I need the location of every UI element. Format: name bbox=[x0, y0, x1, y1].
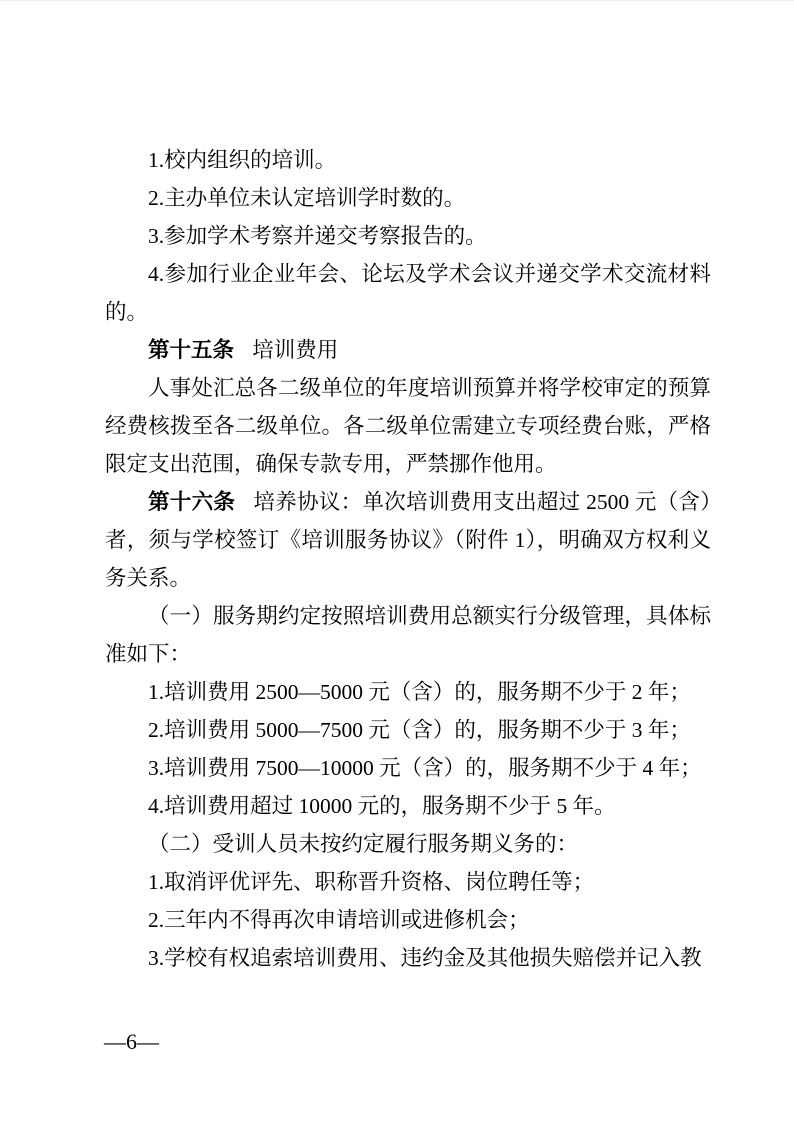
list-item: 4.参加行业企业年会、论坛及学术会议并递交学术交流材料的。 bbox=[105, 255, 711, 331]
list-item-text: 2.主办单位未认定培训学时数的。 bbox=[148, 186, 465, 210]
list-item-text: 4.参加行业企业年会、论坛及学术会议并递交学术交流材料的。 bbox=[105, 262, 711, 324]
list-item: 1.培训费用 2500—5000 元（含）的，服务期不少于 2 年； bbox=[105, 673, 711, 711]
article-number: 第十五条 bbox=[148, 338, 234, 362]
clause-item: （一）服务期约定按照培训费用总额实行分级管理，具体标准如下： bbox=[105, 597, 711, 673]
document-body: 1.校内组织的培训。 2.主办单位未认定培训学时数的。 3.参加学术考察并递交考… bbox=[105, 141, 711, 977]
article-heading: 第十五条培训费用 bbox=[105, 331, 711, 369]
list-item-text: 1.培训费用 2500—5000 元（含）的，服务期不少于 2 年； bbox=[148, 680, 691, 704]
paragraph: 人事处汇总各二级单位的年度培训预算并将学校审定的预算经费核拨至各二级单位。各二级… bbox=[105, 369, 711, 483]
list-item: 3.学校有权追索培训费用、违约金及其他损失赔偿并记入教 bbox=[105, 939, 711, 977]
list-item-text: 3.培训费用 7500—10000 元（含）的，服务期不少于 4 年； bbox=[148, 756, 702, 780]
list-item: 3.参加学术考察并递交考察报告的。 bbox=[105, 217, 711, 255]
list-item: 1.取消评优评先、职称晋升资格、岗位聘任等； bbox=[105, 863, 711, 901]
list-item: 1.校内组织的培训。 bbox=[105, 141, 711, 179]
list-item-text: 1.校内组织的培训。 bbox=[148, 148, 336, 172]
list-item: 4.培训费用超过 10000 元的，服务期不少于 5 年。 bbox=[105, 787, 711, 825]
list-item: 2.三年内不得再次申请培训或进修机会； bbox=[105, 901, 711, 939]
list-item: 2.培训费用 5000—7500 元（含）的，服务期不少于 3 年； bbox=[105, 711, 711, 749]
clause-item: （二）受训人员未按约定履行服务期义务的： bbox=[105, 825, 711, 863]
list-item-text: 2.三年内不得再次申请培训或进修机会； bbox=[148, 908, 530, 932]
document-page: 1.校内组织的培训。 2.主办单位未认定培训学时数的。 3.参加学术考察并递交考… bbox=[0, 0, 794, 1122]
clause-text: （二）受训人员未按约定履行服务期义务的： bbox=[148, 832, 578, 856]
page-number: —6— bbox=[104, 1027, 159, 1057]
list-item: 3.培训费用 7500—10000 元（含）的，服务期不少于 4 年； bbox=[105, 749, 711, 787]
paragraph-text: 人事处汇总各二级单位的年度培训预算并将学校审定的预算经费核拨至各二级单位。各二级… bbox=[105, 376, 711, 476]
list-item-text: 3.参加学术考察并递交考察报告的。 bbox=[148, 224, 487, 248]
list-item-text: 2.培训费用 5000—7500 元（含）的，服务期不少于 3 年； bbox=[148, 718, 691, 742]
clause-text: （一）服务期约定按照培训费用总额实行分级管理，具体标准如下： bbox=[105, 604, 711, 666]
list-item-text: 3.学校有权追索培训费用、违约金及其他损失赔偿并记入教 bbox=[148, 946, 702, 970]
article-heading: 第十六条培养协议：单次培训费用支出超过 2500 元（含）者，须与学校签订《培训… bbox=[105, 483, 711, 597]
list-item: 2.主办单位未认定培训学时数的。 bbox=[105, 179, 711, 217]
list-item-text: 1.取消评优评先、职称晋升资格、岗位聘任等； bbox=[148, 870, 594, 894]
article-title: 培训费用 bbox=[252, 338, 338, 362]
list-item-text: 4.培训费用超过 10000 元的，服务期不少于 5 年。 bbox=[148, 794, 616, 818]
article-number: 第十六条 bbox=[148, 490, 235, 514]
